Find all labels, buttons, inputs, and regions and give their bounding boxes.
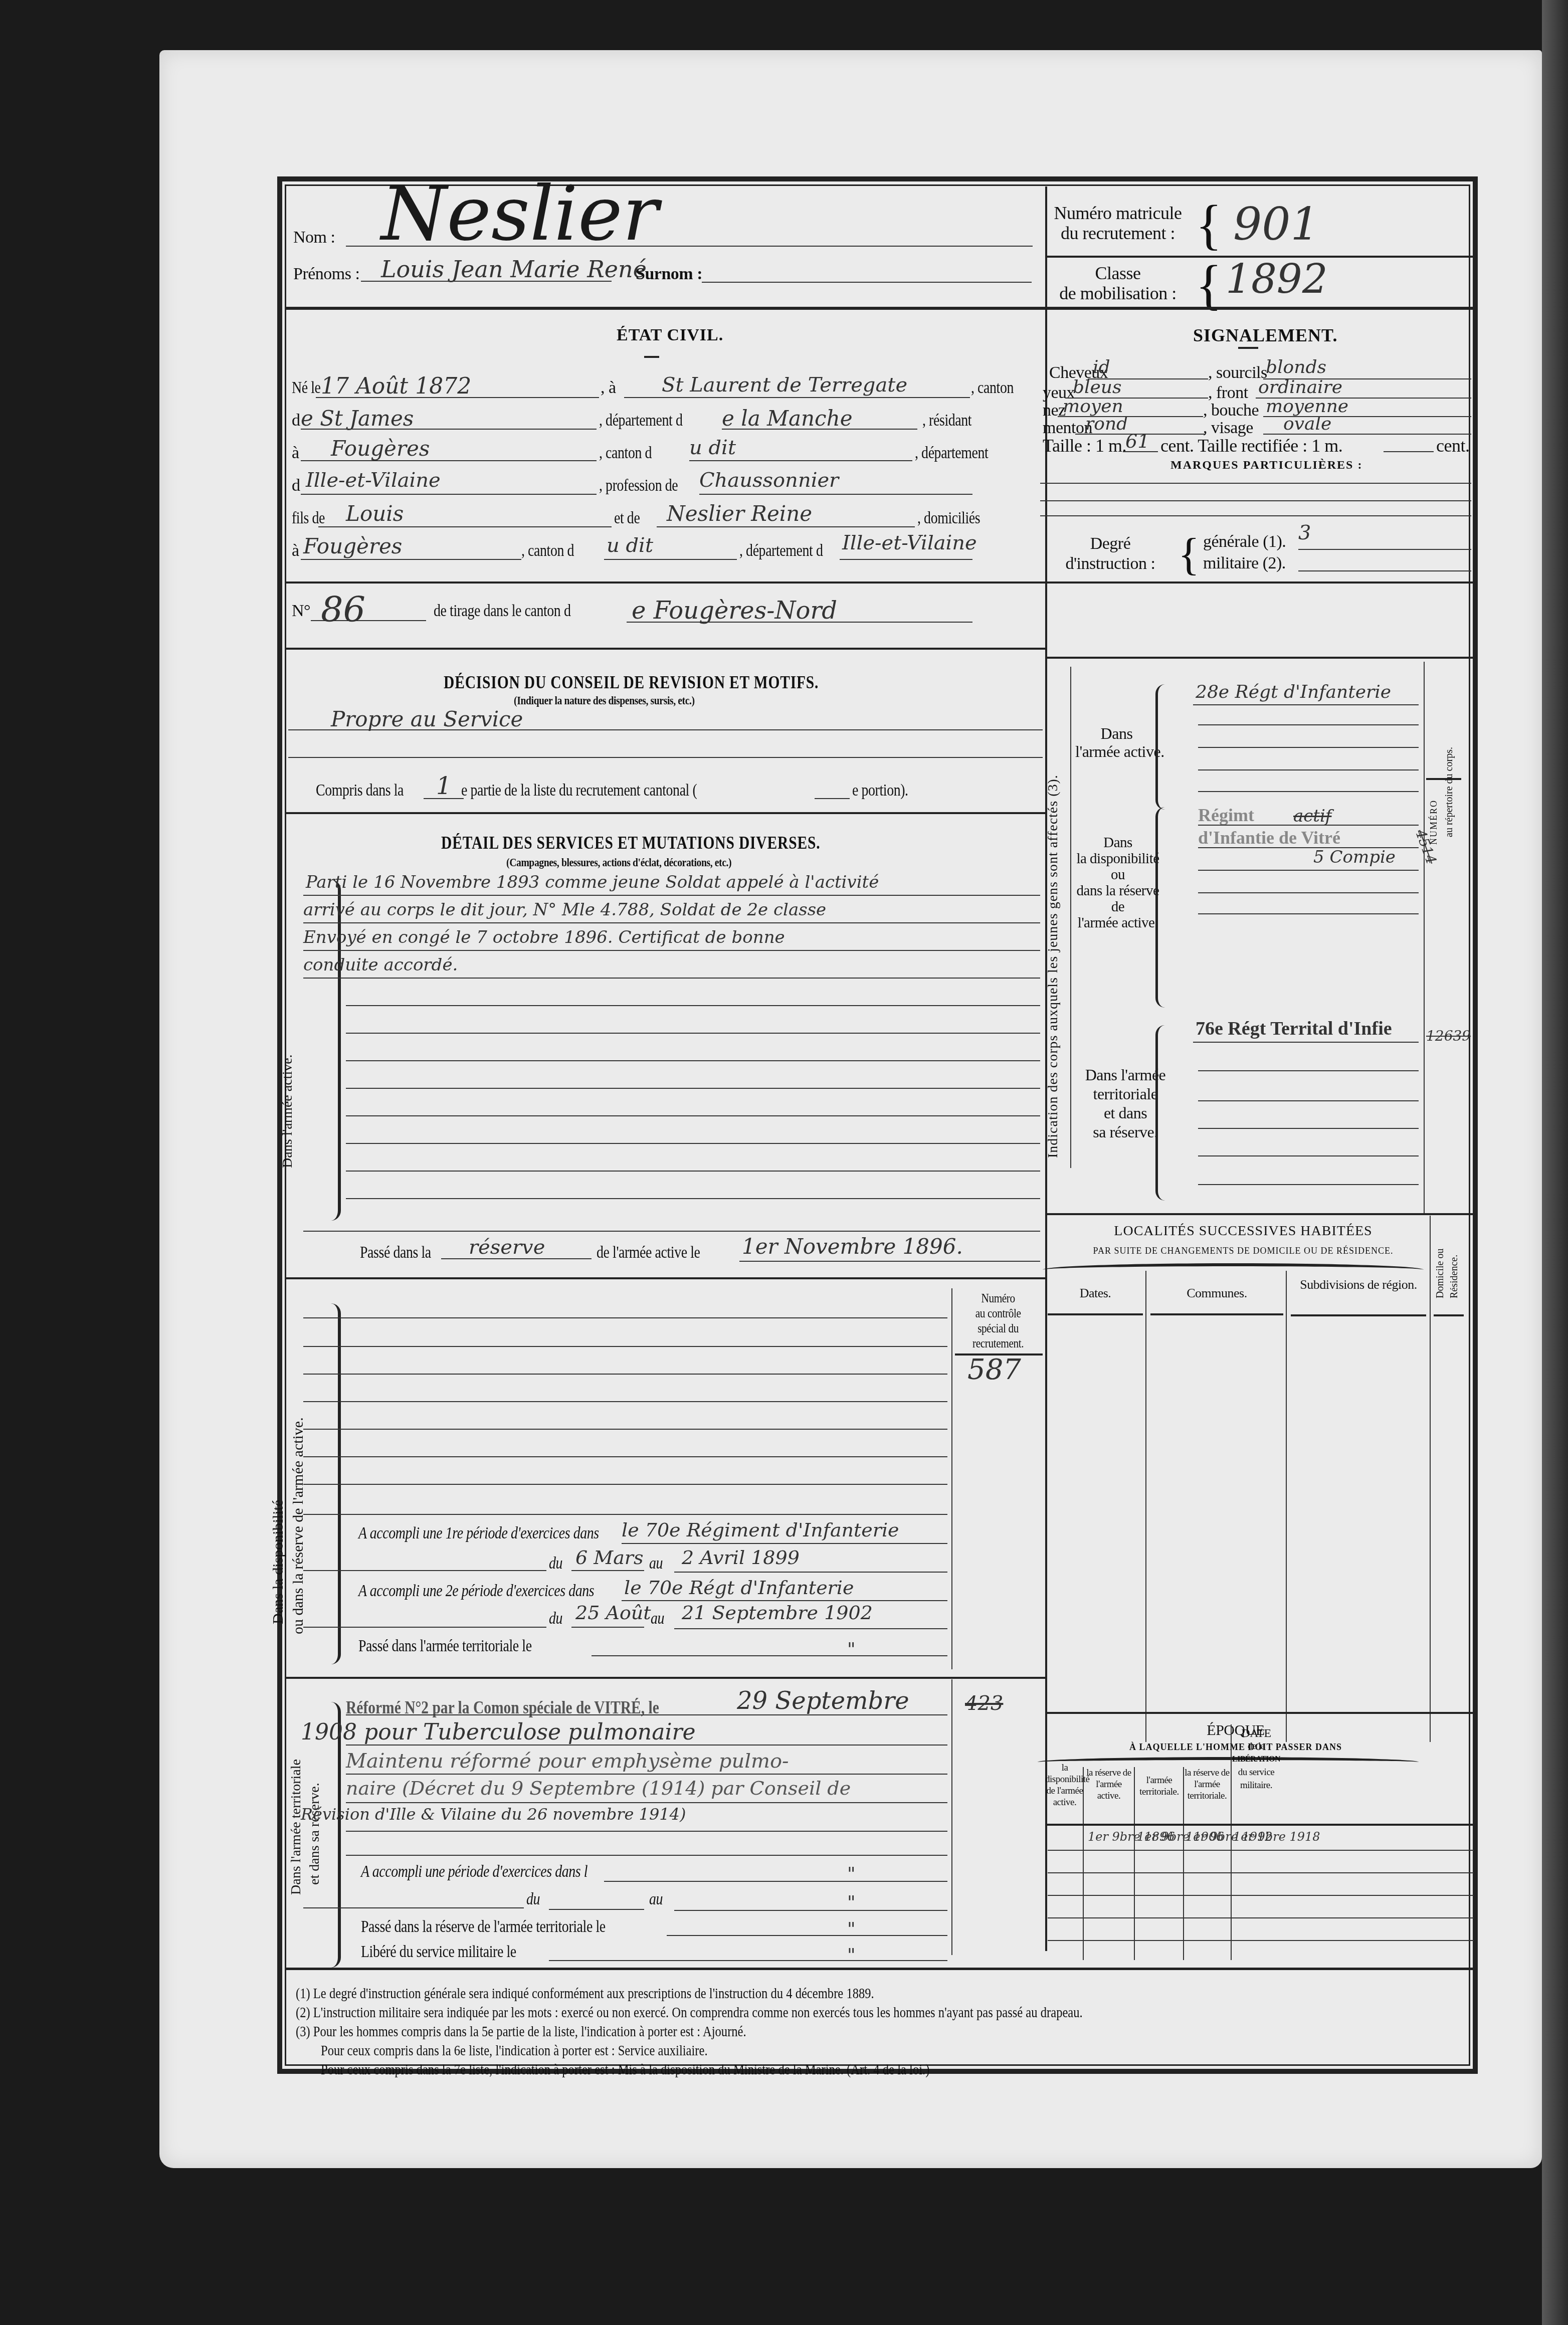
rule	[346, 1060, 1040, 1061]
tirage-no-label: N°	[292, 602, 310, 621]
et-de-label: et de	[614, 509, 640, 528]
taille-label: Taille : 1 m.	[1043, 435, 1126, 456]
rule	[346, 1198, 1040, 1199]
localites-title: LOCALITÉS SUCCESSIVES HABITÉES	[1050, 1223, 1436, 1239]
canton2-value: u dit	[689, 436, 736, 459]
rule	[346, 1774, 947, 1775]
canton2-label: , canton d	[599, 444, 652, 463]
services-title: DÉTAIL DES SERVICES ET MUTATIONS DIVERSE…	[441, 832, 820, 853]
domicile-header-2: Résidence.	[1449, 1218, 1460, 1298]
menton-value: rond	[1085, 414, 1128, 434]
dispo-side-label-2: ou dans la réserve de l'armée active.	[290, 1353, 307, 1634]
periode1-au-line	[674, 1572, 947, 1573]
degre-brace: {	[1178, 529, 1200, 580]
rule	[346, 1831, 947, 1832]
generale-value: 3	[1298, 521, 1311, 544]
terr-au-line	[674, 1910, 947, 1911]
matricule-brace: {	[1196, 193, 1222, 257]
signalement-divider	[1045, 582, 1476, 584]
epoque-col-4: la réserve de l'armée territoriale.	[1184, 1767, 1230, 1802]
terr-au-value: "	[847, 1892, 856, 1913]
canton3-label: , canton d	[521, 541, 574, 560]
rule	[1198, 913, 1419, 914]
matricule-label: Numéro matricule du recrutement :	[1053, 203, 1183, 243]
header-rule	[1291, 1314, 1426, 1316]
book-gutter	[1542, 0, 1568, 2325]
numero-column-divider	[951, 1288, 952, 1669]
rule	[303, 1627, 546, 1628]
pere-line	[318, 526, 612, 527]
rule	[303, 1231, 1040, 1232]
corps-numero-divider	[1424, 662, 1425, 1213]
corps-active-brace	[1155, 684, 1165, 810]
terr-periode-line	[604, 1881, 947, 1882]
rule	[303, 922, 1040, 923]
visage-value: ovale	[1283, 414, 1331, 434]
a-label: , à	[601, 378, 616, 398]
canton2-line	[689, 460, 912, 461]
rule	[346, 1088, 1040, 1089]
label-line: Dans	[1075, 835, 1160, 851]
taille-cent-label: cent. Taille rectifiée : 1 m.	[1160, 435, 1342, 456]
services-line-2: arrivé au corps le dit jour, N° Mle 4.78…	[303, 900, 826, 920]
corps-label-divider	[1070, 667, 1071, 1168]
matricule-label-line1: Numéro matricule	[1053, 203, 1183, 223]
decision-value: Propre au Service	[331, 707, 523, 731]
nom-label: Nom :	[293, 228, 335, 247]
rule	[1198, 825, 1419, 826]
services-line-4: conduite accordé.	[303, 955, 458, 975]
dispo-stamp-2: d'Infantie de Vitré	[1198, 827, 1340, 848]
pere-value: Louis	[346, 501, 404, 526]
epoque-col-2: la réserve de l'armée active.	[1084, 1767, 1133, 1802]
matricule-value: 901	[1233, 198, 1319, 251]
decision-line-2	[288, 757, 1043, 758]
periode2-label: A accompli une 2e période d'exercices da…	[358, 1582, 594, 1601]
passe-territoriale-label: Passé dans l'armée territoriale le	[358, 1637, 532, 1656]
label-line: LIBÉRATION	[1232, 1753, 1280, 1766]
footnote-5: Pour ceux compris dans la 7e liste, l'in…	[321, 2061, 929, 2078]
domicile-column-divider	[1430, 1216, 1431, 1742]
signalement-title: SIGNALEMENT.	[1193, 325, 1337, 346]
matricule-label-line2: du recrutement :	[1053, 223, 1183, 243]
header-divider	[285, 307, 1473, 310]
residant-label: , résidant	[922, 411, 971, 430]
front-label: , front	[1208, 383, 1248, 403]
libere-value: "	[847, 1945, 856, 1966]
domicilies-label: , domiciliés	[917, 509, 980, 528]
rule	[1198, 1070, 1419, 1071]
rule	[346, 1115, 1040, 1116]
rule	[1198, 747, 1419, 748]
cheveux-value: id	[1093, 357, 1110, 377]
numero-header-line: recrutement.	[955, 1336, 1041, 1351]
lieu-line	[624, 397, 970, 398]
libere-line	[549, 1960, 947, 1961]
compris-label-2: e partie de la liste du recrutement cant…	[461, 781, 697, 800]
periode1-du-value: 6 Mars	[575, 1546, 644, 1569]
marques-title: MARQUES PARTICULIÈRES :	[1170, 459, 1362, 472]
rule	[346, 1005, 1040, 1006]
corps-dispo-brace	[1155, 807, 1165, 1008]
passe-value-2: 1er Novembre 1896.	[742, 1234, 963, 1259]
territoriale-line-1: 29 Septembre	[737, 1687, 909, 1715]
epoque-col-1: la disponibilité de l'armée active.	[1045, 1762, 1084, 1808]
corps-active-value: 28e Régt d'Infanterie	[1196, 682, 1391, 702]
degre-label-line2: d'instruction :	[1055, 554, 1165, 574]
territoriale-line-2: 1908 pour Tuberculose pulmonaire	[301, 1719, 696, 1745]
canton3-value: u dit	[607, 534, 653, 557]
territoriale-numero: 12639	[1426, 1028, 1471, 1044]
dispo-value-3: 5 Compie	[1313, 847, 1396, 867]
dispo-struck-value: actif	[1293, 806, 1331, 826]
periode1-au-label: au	[649, 1554, 663, 1573]
passe-label-1: Passé dans la	[360, 1243, 431, 1262]
periode2-au-value: 21 Septembre 1902	[682, 1602, 873, 1624]
footnote-3: (3) Pour les hommes compris dans la 5e p…	[296, 2023, 746, 2040]
dispo-stamp-1: Régimt	[1198, 805, 1254, 826]
decision-subtitle: (Indiquer la nature des dispenses, sursi…	[514, 694, 695, 708]
canton-value: e St James	[301, 406, 414, 431]
rule	[1048, 1940, 1474, 1941]
terr-passe-reserve-label: Passé dans la réserve de l'armée territo…	[361, 1917, 606, 1936]
header-rule	[1150, 1313, 1283, 1315]
passe-territoriale-line	[592, 1655, 947, 1656]
rule	[1048, 1850, 1474, 1851]
footnote-2: (2) L'instruction militaire sera indiqué…	[296, 2004, 1083, 2021]
classe-value: 1892	[1226, 256, 1328, 302]
periode2-corps: le 70e Régt d'Infanterie	[624, 1577, 854, 1599]
label-line: de	[1075, 899, 1160, 915]
rule	[1198, 870, 1419, 871]
terr-du-label: du	[526, 1890, 540, 1909]
label-line: dans la réserve	[1075, 883, 1160, 899]
footnote-divider	[285, 1968, 1473, 1970]
corps-dispo-label: Dans la disponibilité ou dans la réserve…	[1075, 835, 1160, 931]
rule	[1198, 724, 1419, 725]
rule	[303, 1456, 947, 1457]
decision-divider	[285, 812, 1045, 814]
label-line: DATE	[1232, 1727, 1280, 1740]
compris-label-1: Compris dans la	[316, 781, 404, 800]
corps-vertical-label: Indication des corps auxquels les jeunes…	[1045, 707, 1061, 1158]
label-line: de la	[1232, 1740, 1280, 1753]
passe-line-2	[739, 1261, 1040, 1262]
rule	[1198, 769, 1419, 770]
degre-label-line1: Degré	[1055, 534, 1165, 554]
periode1-du-label: du	[549, 1554, 562, 1573]
passe-territoriale-value: "	[847, 1639, 856, 1660]
periode1-au-value: 2 Avril 1899	[682, 1546, 800, 1569]
localites-divider	[1045, 1712, 1476, 1714]
header-rule	[1048, 1313, 1143, 1315]
portion-line	[815, 798, 850, 799]
terr-passe-reserve-line	[667, 1935, 947, 1936]
terr-periode-value: "	[847, 1864, 856, 1884]
compris-value: 1	[436, 772, 452, 800]
rule	[303, 1317, 947, 1318]
departement2-line	[301, 494, 597, 495]
departement2-prefix: d	[292, 476, 300, 495]
epoque-col-3: l'armée territoriale.	[1135, 1775, 1183, 1798]
rule	[1198, 892, 1419, 893]
mere-line	[657, 526, 915, 527]
rule	[303, 1484, 947, 1485]
degre-divider	[1045, 657, 1476, 659]
rule	[346, 1171, 1040, 1172]
prenoms-label: Prénoms :	[293, 265, 359, 284]
tirage-canton-value: e Fougères-Nord	[632, 597, 837, 625]
rule	[346, 1855, 947, 1856]
services-divider	[285, 1277, 1045, 1279]
periode1-corps: le 70e Régiment d'Infanterie	[622, 1519, 899, 1541]
rule	[1193, 704, 1419, 705]
front-value: ordinaire	[1258, 377, 1342, 398]
title-rule	[1238, 347, 1258, 349]
corps-active-label: Dans l'armée active.	[1075, 724, 1158, 760]
territoriale-line-4: naire (Décret du 9 Septembre (1914) par …	[346, 1777, 851, 1799]
liberation-value: 1er 9bre 1918	[1233, 1830, 1320, 1844]
rule	[303, 895, 1040, 896]
canton-label: , canton	[971, 378, 1014, 398]
mere-value: Neslier Reine	[667, 501, 812, 526]
surnom-line	[702, 282, 1032, 283]
domicile-prefix: à	[292, 541, 299, 560]
taille-value: 61	[1125, 430, 1149, 452]
label-line: du service	[1232, 1766, 1280, 1779]
compris-label-3: e portion).	[852, 781, 908, 800]
departement-label: , département d	[599, 411, 682, 430]
label-line: militaire.	[1232, 1779, 1280, 1792]
periode2-du-value: 25 Août	[575, 1602, 651, 1624]
marques-line-1	[1040, 483, 1471, 484]
tirage-no-value: 86	[321, 589, 365, 630]
passe-label-2: de l'armée active le	[597, 1243, 700, 1262]
departement2-label: , département	[915, 444, 988, 463]
periode1-du-line	[571, 1570, 644, 1571]
title-rule	[644, 356, 659, 358]
corps-divider	[1045, 1213, 1476, 1215]
col-dates: Dates.	[1045, 1286, 1145, 1301]
services-line-3: Envoyé en congé le 7 octobre 1896. Certi…	[303, 927, 785, 947]
departement3-line	[840, 559, 972, 560]
territoriale-line-5: Révision d'Ille & Vilaine du 26 novembre…	[301, 1805, 686, 1824]
territoriale-stamp: 76e Régt Territal d'Infie	[1196, 1018, 1392, 1040]
dates-divider	[1145, 1271, 1146, 1742]
bouche-label: , bouche	[1203, 401, 1259, 420]
periode2-au-label: au	[651, 1609, 664, 1628]
libere-label: Libéré du service militaire le	[361, 1943, 516, 1962]
surnom-label: Surnom :	[636, 265, 702, 284]
classe-label: Classe de mobilisation :	[1053, 263, 1183, 303]
numero-header-1: NUMÉRO	[1429, 679, 1439, 845]
epoque-col-divider	[1134, 1767, 1135, 1960]
lieu-naissance-value: St Laurent de Terregate	[662, 373, 907, 397]
marques-line-2	[1040, 500, 1471, 501]
departement2-value: Ille-et-Vilaine	[306, 469, 441, 492]
terr-passe-reserve-value: "	[847, 1919, 856, 1940]
domicile-line	[301, 559, 521, 560]
generale-line	[1298, 549, 1471, 550]
classe-label-line2: de mobilisation :	[1053, 283, 1183, 303]
residence-prefix: à	[292, 444, 299, 463]
rule	[346, 1143, 1040, 1144]
header-rule	[1434, 1314, 1464, 1316]
rule	[346, 1714, 947, 1715]
rule	[1048, 1895, 1474, 1896]
rule	[1048, 1872, 1474, 1873]
departement3-value: Ille-et-Vilaine	[842, 531, 977, 554]
localites-brace	[1043, 1263, 1424, 1276]
rule	[303, 1514, 947, 1515]
terr-au-label: au	[649, 1890, 663, 1909]
periode2-du-line	[571, 1627, 644, 1628]
departement3-label: , département d	[739, 541, 823, 560]
rule	[303, 1907, 524, 1908]
canton3-line	[604, 559, 737, 560]
rule	[303, 1401, 947, 1402]
rule	[1198, 1155, 1419, 1156]
etat-civil-title: ÉTAT CIVIL.	[617, 326, 723, 345]
epoque-header-rule	[1045, 1824, 1476, 1826]
epoque-brace	[1038, 1757, 1419, 1767]
periode2-du-label: du	[549, 1609, 562, 1628]
rule	[346, 1802, 947, 1803]
territoriale-numero-value: 423	[965, 1692, 1003, 1715]
numero-controle-header: Numéro au contrôle spécial du recrutemen…	[955, 1291, 1041, 1351]
dispo-side-label-1: Dans la disponibilité	[270, 1384, 287, 1624]
taille-rectifiee-line	[1384, 451, 1434, 452]
localites-subtitle: PAR SUITE DE CHANGEMENTS DE DOMICILE OU …	[1050, 1246, 1436, 1256]
tirage-text: de tirage dans le canton d	[434, 602, 570, 621]
terr-periode-label: A accompli une période d'exercices dans …	[361, 1862, 587, 1881]
rule	[1193, 1042, 1419, 1043]
label-line: l'armée active.	[1075, 742, 1158, 760]
ne-le-value: 17 Août 1872	[321, 373, 471, 399]
rule	[346, 1033, 1040, 1034]
communes-divider	[1286, 1271, 1287, 1742]
rule	[303, 978, 1040, 979]
departement-value: e la Manche	[722, 406, 853, 431]
passe-value-1: réserve	[469, 1236, 545, 1259]
services-subtitle: (Campagnes, blessures, actions d'éclat, …	[506, 856, 731, 870]
rule	[303, 950, 1040, 951]
rule	[1198, 1184, 1419, 1185]
footnote-4: Pour ceux compris dans la 6e liste, l'in…	[321, 2042, 708, 2059]
rule	[303, 1346, 947, 1347]
prenoms-value: Louis Jean Marie René	[381, 256, 647, 283]
label-line: Dans	[1075, 724, 1158, 742]
numero-controle-value: 587	[967, 1353, 1021, 1386]
numero-header-line: spécial du	[955, 1321, 1041, 1336]
ne-le-label: Né le	[292, 378, 321, 398]
periode2-line	[622, 1600, 947, 1601]
numero-header-line: au contrôle	[955, 1306, 1041, 1321]
profession-label: , profession de	[599, 476, 678, 495]
residence-value: Fougères	[331, 436, 430, 461]
territoriale-numero-divider	[951, 1679, 952, 1955]
label-line: l'armée active.	[1075, 915, 1160, 931]
cent-label: cent.	[1436, 435, 1469, 456]
profession-value: Chaussonnier	[699, 469, 839, 492]
rule	[303, 1429, 947, 1430]
rule	[1198, 1128, 1419, 1129]
militaire-line	[1298, 570, 1471, 571]
periode1-label: A accompli une 1re période d'exercices d…	[358, 1524, 599, 1543]
degre-label: Degré d'instruction :	[1055, 534, 1165, 574]
rule	[1198, 791, 1419, 792]
generale-label: générale (1).	[1203, 532, 1286, 551]
profession-line	[699, 494, 972, 495]
periode2-au-line	[674, 1628, 947, 1629]
rule	[303, 1570, 546, 1571]
numero-header-line: Numéro	[955, 1291, 1041, 1306]
tirage-divider	[285, 648, 1045, 650]
yeux-value: bleus	[1073, 377, 1122, 398]
territoriale-line-3: Maintenu réformé pour emphysème pulmo-	[346, 1750, 789, 1773]
dispo-divider	[285, 1677, 1045, 1679]
label-line: la disponibilité	[1075, 851, 1160, 867]
domicile-header-1: Domicile ou	[1435, 1218, 1446, 1298]
numero-header-2: au répertoire du corps.	[1444, 672, 1455, 837]
rule	[1198, 1100, 1419, 1101]
corps-territoriale-brace	[1155, 1025, 1165, 1201]
etat-civil-divider	[285, 582, 1045, 584]
terr-du-line	[549, 1909, 644, 1910]
marques-line-3	[1040, 515, 1471, 516]
nez-label: nez	[1043, 401, 1066, 420]
canton-prefix: d	[292, 411, 300, 430]
nom-value: Neslier	[381, 170, 658, 258]
rule	[303, 1374, 947, 1375]
classe-label-line1: Classe	[1053, 263, 1183, 283]
periode1-line	[622, 1543, 947, 1544]
numero-header-rule	[1426, 778, 1461, 780]
services-line-1: Parti le 16 Novembre 1893 comme jeune So…	[306, 872, 879, 892]
col-communes: Communes.	[1148, 1286, 1286, 1301]
rule	[346, 1745, 947, 1746]
label-line: ou	[1075, 867, 1160, 883]
fils-de-label: fils de	[292, 509, 325, 528]
liberation-header: DATE de la LIBÉRATION du service militai…	[1232, 1727, 1280, 1792]
domicile-value: Fougères	[303, 534, 402, 558]
militaire-label: militaire (2).	[1203, 554, 1286, 573]
footnote-1: (1) Le degré d'instruction générale sera…	[296, 1985, 874, 2002]
rule	[1048, 1917, 1474, 1918]
services-side-label: Dans l'armée active.	[280, 1008, 296, 1168]
sourcils-value: blonds	[1266, 357, 1326, 377]
decision-title: DÉCISION DU CONSEIL DE REVISION ET MOTIF…	[444, 672, 819, 693]
col-subdivisions: Subdivisions de région.	[1288, 1277, 1429, 1292]
